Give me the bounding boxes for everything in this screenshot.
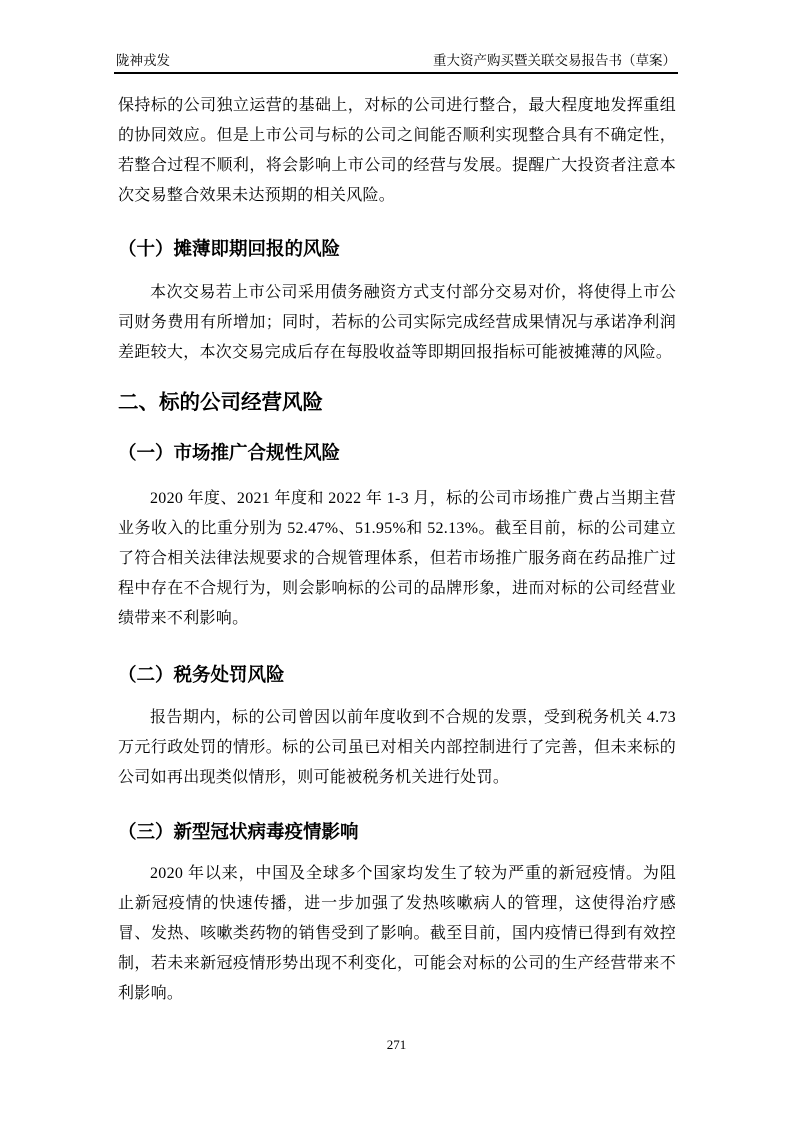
paragraph-market-promotion-compliance-risk: 2020 年度、2021 年度和 2022 年 1-3 月，标的公司市场推广费占… bbox=[118, 484, 676, 634]
header-document-title: 重大资产购买暨关联交易报告书（草案） bbox=[433, 51, 676, 70]
header-company-name: 陇神戎发 bbox=[116, 51, 170, 70]
heading-section-target-company-operating-risk: 二、标的公司经营风险 bbox=[118, 389, 676, 417]
page-number: 271 bbox=[0, 1036, 793, 1054]
header-rule bbox=[114, 72, 678, 74]
page-header: 陇神戎发 重大资产购买暨关联交易报告书（草案） bbox=[116, 51, 676, 70]
heading-dilution-return-risk: （十）摊薄即期回报的风险 bbox=[118, 236, 676, 262]
paragraph-tax-penalty-risk: 报告期内，标的公司曾因以前年度收到不合规的发票，受到税务机关 4.73 万元行政… bbox=[118, 703, 676, 793]
heading-covid-epidemic-impact: （三）新型冠状病毒疫情影响 bbox=[118, 819, 676, 845]
heading-tax-penalty-risk: （二）税务处罚风险 bbox=[118, 662, 676, 688]
heading-market-promotion-compliance-risk: （一）市场推广合规性风险 bbox=[118, 440, 676, 466]
paragraph-dilution-return-risk: 本次交易若上市公司采用债务融资方式支付部分交易对价，将使得上市公司财务费用有所增… bbox=[118, 278, 676, 368]
paragraph-covid-epidemic-impact: 2020 年以来，中国及全球多个国家均发生了较为严重的新冠疫情。为阻止新冠疫情的… bbox=[118, 859, 676, 1009]
document-page: 陇神戎发 重大资产购买暨关联交易报告书（草案） 保持标的公司独立运营的基础上，对… bbox=[0, 0, 793, 1122]
paragraph-integration-risk-continuation: 保持标的公司独立运营的基础上，对标的公司进行整合，最大程度地发挥重组的协同效应。… bbox=[118, 91, 676, 211]
